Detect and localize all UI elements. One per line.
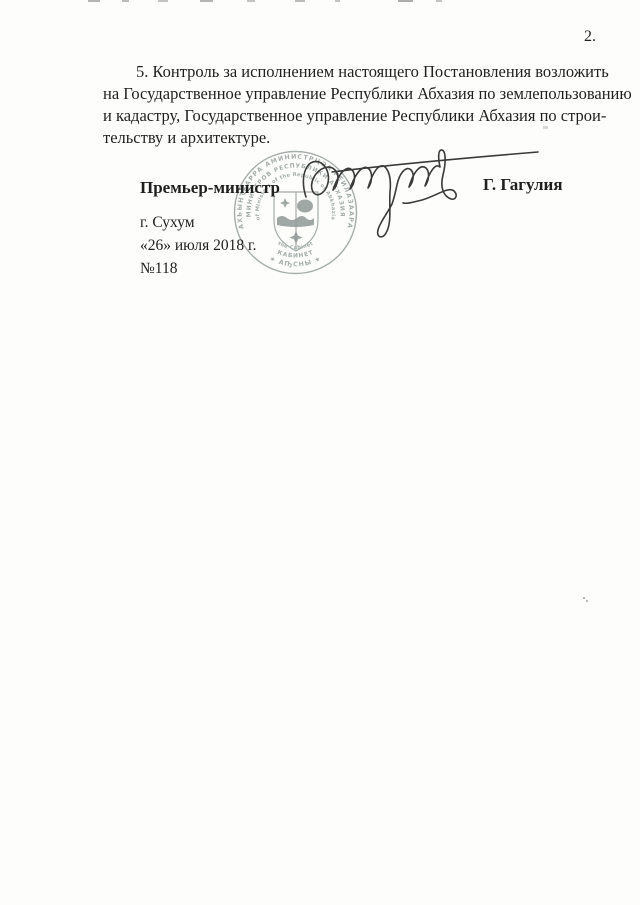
paragraph-line: на Государственное управление Республики… bbox=[103, 83, 599, 105]
scan-artifact bbox=[436, 0, 442, 2]
scan-artifact bbox=[247, 0, 255, 2]
scan-artifact bbox=[335, 0, 340, 2]
paragraph-line: 5. Контроль за исполнением настоящего По… bbox=[103, 61, 599, 83]
page-number: 2. bbox=[560, 28, 596, 46]
scan-artifact bbox=[200, 0, 213, 2]
scan-artifact bbox=[158, 0, 168, 2]
paragraph-line: и кадастру, Государственное управление Р… bbox=[103, 105, 599, 127]
scan-artifact bbox=[543, 126, 548, 129]
scan-artifact bbox=[586, 600, 588, 602]
signature-scribble bbox=[303, 150, 456, 237]
signature-flourish-line bbox=[332, 152, 538, 172]
city-line: г. Сухум bbox=[140, 214, 195, 231]
scanned-document-page: 2. 5. Контроль за исполнением настоящего… bbox=[0, 0, 640, 905]
date-line: «26» июля 2018 г. bbox=[140, 237, 256, 254]
document-number: №118 bbox=[140, 260, 177, 277]
scan-artifact bbox=[398, 0, 413, 2]
scan-artifact bbox=[583, 597, 585, 599]
scan-artifact bbox=[122, 0, 129, 2]
signatory-name: Г. Гагулия bbox=[483, 176, 563, 195]
premier-title: Премьер-министр bbox=[140, 179, 280, 198]
scan-artifact bbox=[88, 0, 100, 2]
scan-artifact bbox=[295, 0, 305, 2]
body-paragraph: 5. Контроль за исполнением настоящего По… bbox=[103, 61, 599, 149]
